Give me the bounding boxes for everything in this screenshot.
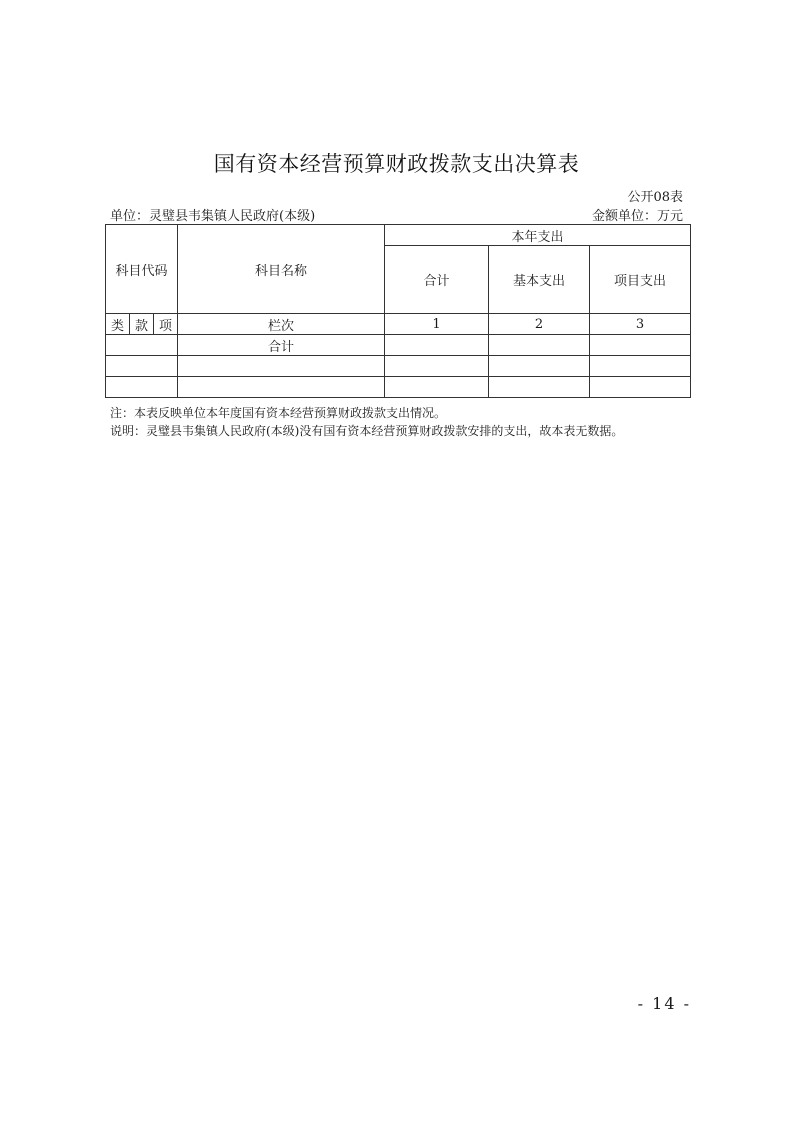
table-row bbox=[106, 356, 691, 377]
row-basic bbox=[489, 377, 590, 398]
header-basic-expenditure: 基本支出 bbox=[489, 246, 590, 314]
table-row: 合计 bbox=[106, 335, 691, 356]
row-project bbox=[590, 356, 691, 377]
expenditure-table: 科目代码 科目名称 本年支出 合计 基本支出 项目支出 类 款 项 栏次 1 2… bbox=[105, 224, 691, 398]
document-title: 国有资本经营预算财政拨款支出决算表 bbox=[0, 148, 793, 178]
table-explanation: 说明：灵璧县韦集镇人民政府(本级)没有国有资本经营预算财政拨款安排的支出，故本表… bbox=[110, 422, 623, 439]
index-row: 类 款 项 栏次 1 2 3 bbox=[106, 314, 691, 335]
row-total bbox=[385, 377, 489, 398]
unit-label: 单位：灵璧县韦集镇人民政府(本级) bbox=[110, 205, 315, 224]
header-total: 合计 bbox=[385, 246, 489, 314]
row-total bbox=[385, 356, 489, 377]
page-number: - 14 - bbox=[638, 994, 691, 1013]
row-code bbox=[106, 356, 178, 377]
table-note: 注：本表反映单位本年度国有资本经营预算财政拨款支出情况。 bbox=[110, 404, 446, 421]
header-subject-name: 科目名称 bbox=[178, 225, 385, 314]
row-name bbox=[178, 377, 385, 398]
form-number: 公开08表 bbox=[627, 186, 683, 205]
index-label: 栏次 bbox=[178, 314, 385, 335]
index-col2: 2 bbox=[489, 314, 590, 335]
index-xiang: 项 bbox=[154, 314, 178, 335]
amount-unit: 金额单位：万元 bbox=[592, 205, 683, 224]
row-project bbox=[590, 377, 691, 398]
row-code bbox=[106, 377, 178, 398]
index-lei: 类 bbox=[106, 314, 130, 335]
index-kuan: 款 bbox=[130, 314, 154, 335]
table-row bbox=[106, 377, 691, 398]
header-project-expenditure: 项目支出 bbox=[590, 246, 691, 314]
row-code bbox=[106, 335, 178, 356]
row-name bbox=[178, 356, 385, 377]
row-basic bbox=[489, 335, 590, 356]
row-total bbox=[385, 335, 489, 356]
header-current-year-expenditure: 本年支出 bbox=[385, 225, 691, 246]
row-project bbox=[590, 335, 691, 356]
header-subject-code: 科目代码 bbox=[106, 225, 178, 314]
index-col1: 1 bbox=[385, 314, 489, 335]
row-basic bbox=[489, 356, 590, 377]
row-name: 合计 bbox=[178, 335, 385, 356]
index-col3: 3 bbox=[590, 314, 691, 335]
